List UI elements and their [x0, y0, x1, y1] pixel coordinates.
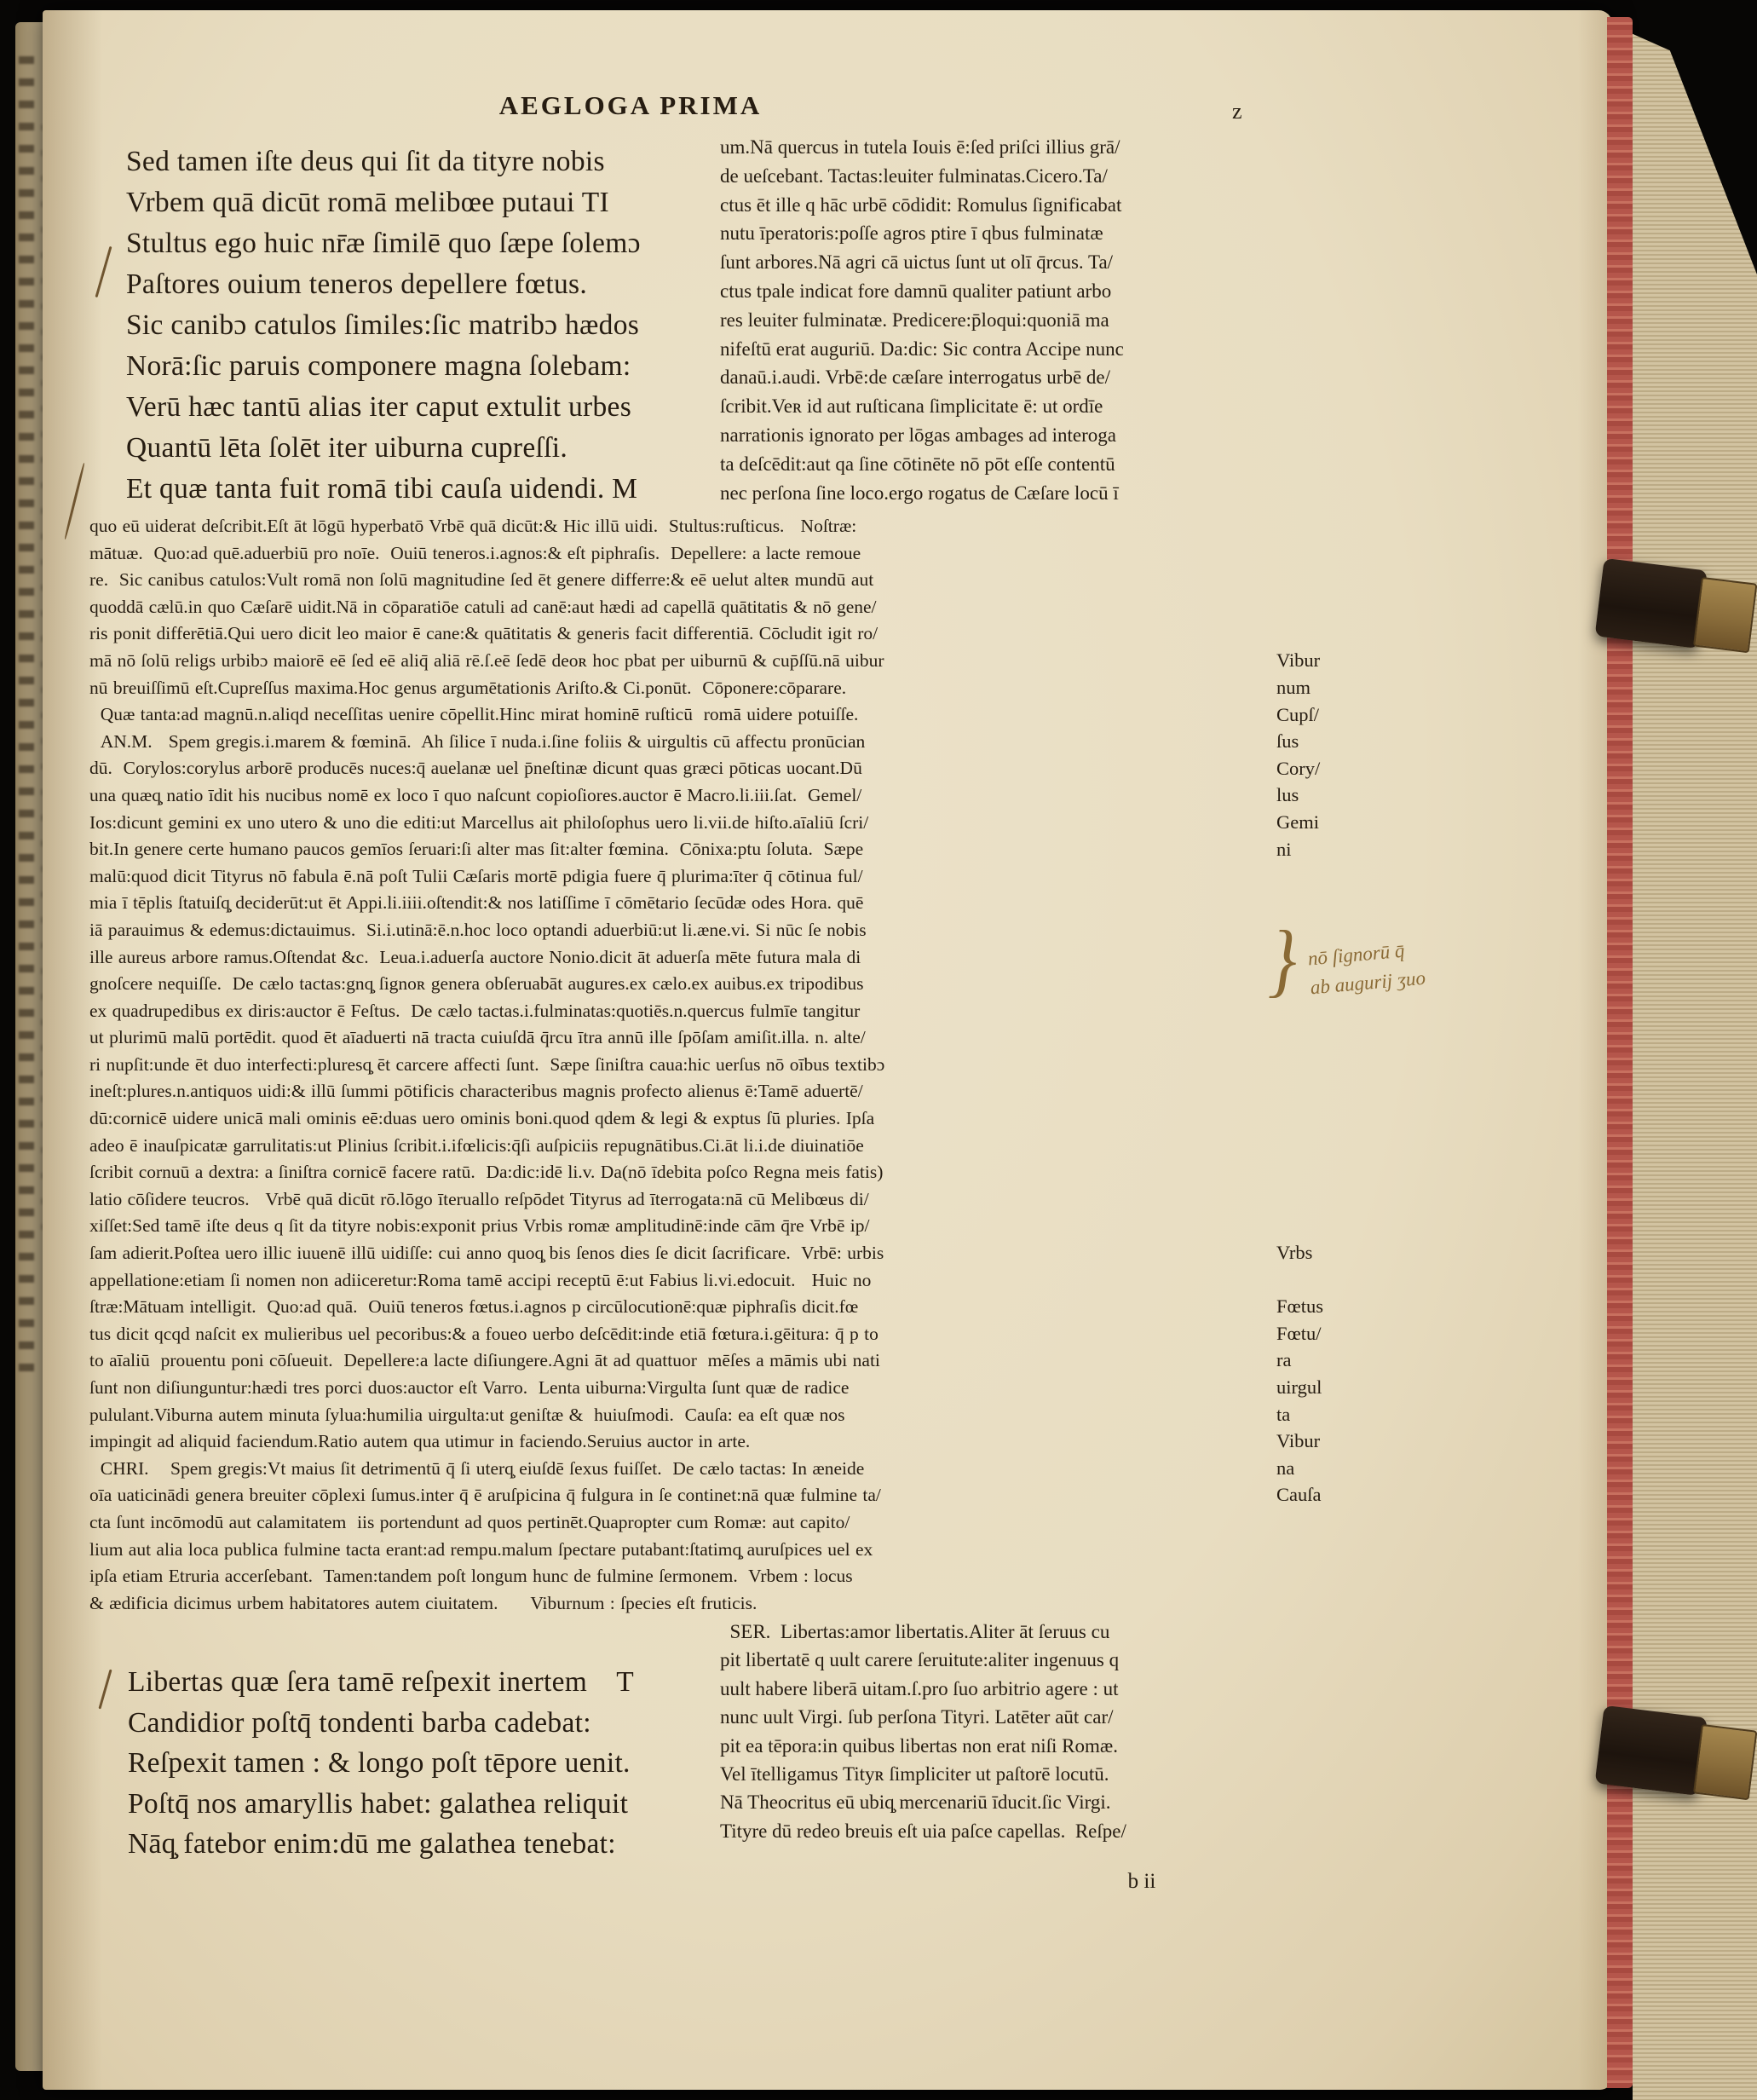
text-line: Stultus ego huic nr̄æ ſimilē quo ſæpe ſo… [126, 223, 748, 264]
text-line: Nāq̧ fatebor enim:dū me galathea tenebat… [128, 1824, 750, 1865]
text-line: Verū hæc tantū alias iter caput extulit … [126, 387, 748, 428]
margin-note: Vibur [1276, 649, 1320, 672]
previous-page-ghost-text [19, 56, 34, 1386]
text-line: quo eū uiderat deſcribit.Eſt āt lōgū hyp… [89, 513, 1274, 540]
poem-text-top: Sed tamen iſte deus qui ſit da tityre no… [126, 141, 748, 510]
margin-note: Vrbs [1276, 1242, 1312, 1264]
text-line: & ædificia dicimus urbem habitatores aut… [89, 1590, 1274, 1618]
text-line: malū:quod dicit Tityrus nō fabula ē.nā p… [89, 863, 1274, 891]
text-line: ta deſcēdit:aut qa ſine cōtinēte nō pōt … [720, 450, 1276, 479]
margin-note: Fœtus [1276, 1295, 1323, 1318]
text-line: ſunt non diſiunguntur:hædi tres porci du… [89, 1375, 1274, 1402]
text-line: de ueſcebant. Tactas:leuiter fulminatas.… [720, 162, 1276, 191]
text-line: ex quadrupedibus ex diris:auctor ē Feſtu… [89, 998, 1274, 1025]
margin-note: Vibur [1276, 1430, 1320, 1452]
text-line: um.Nā quercus in tutela Iouis ē:ſed priſ… [720, 133, 1276, 162]
text-line: impingit ad aliquid faciendum.Ratio aute… [89, 1428, 1274, 1456]
text-line: nū breuiſſimū eſt.Cupreſſus maxima.Hoc g… [89, 675, 1274, 702]
text-line: pit libertatē q uult carere ſeruitute:al… [720, 1646, 1276, 1674]
text-line: re. Sic canibus catulos:Vult romā non ſo… [89, 567, 1274, 594]
text-line: ctus ēt ille q hāc urbē cōdidit: Romulus… [720, 191, 1276, 220]
text-line: Reſpexit tamen : & longo poſt tēpore uen… [128, 1743, 750, 1784]
text-line: SER. Libertas:amor libertatis.Aliter āt … [720, 1618, 1276, 1646]
text-line: Paſtores ouium teneros depellere fœtus. [126, 264, 748, 305]
margin-note: Cupſ/ [1276, 704, 1319, 726]
text-line: tus dicit qcqd naſcit ex mulieribus uel … [89, 1321, 1274, 1348]
text-line: uult habere liberā uitam.ſ.pro ſuo arbit… [720, 1675, 1276, 1703]
text-line: nutu īperatoris:poſſe agros ptire ī qbus… [720, 219, 1276, 248]
text-line: ille aureus arbore ramus.Oſtendat &c. Le… [89, 944, 1274, 972]
text-line: latio cōſidere teucros. Vrbē quā dicūt r… [89, 1186, 1274, 1214]
text-line: AN.M. Spem gregis.i.marem & fœminā. Ah ſ… [89, 729, 1274, 756]
margin-note: Fœtu/ [1276, 1323, 1322, 1345]
text-line: Norā:ſic paruis componere magna ſolebam: [126, 346, 748, 387]
margin-note: lus [1276, 784, 1299, 806]
text-line: Poſtq̄ nos amaryllis habet: galathea rel… [128, 1784, 750, 1825]
margin-note: Gemi [1276, 811, 1319, 834]
text-line: Libertas quæ ſera tamē reſpexit inertem … [128, 1662, 750, 1703]
text-line: Nā Theocritus eū ubiq̧ mercenariū īducit… [720, 1788, 1276, 1816]
text-line: mia ī tēplis ſtatuiſq̧ deciderūt:ut ēt A… [89, 890, 1274, 917]
text-line: Quæ tanta:ad magnū.n.aliqd neceſſitas ue… [89, 701, 1274, 729]
text-line: narrationis ignorato per lōgas ambages a… [720, 421, 1276, 450]
text-line: ipſa etiam Etruria accerſebant. Tamen:ta… [89, 1563, 1274, 1590]
text-line: xiſſet:Sed tamē iſte deus q ſit da tityr… [89, 1213, 1274, 1240]
text-line: danaū.i.audi. Vrbē:de cæſare interrogatu… [720, 363, 1276, 392]
text-line: bit.In genere certe humano paucos gemīos… [89, 836, 1274, 863]
text-line: ſcribit.Veʀ id aut ruſticana ſimplicitat… [720, 392, 1276, 421]
text-line: adeo ē inauſpicatæ garrulitatis:ut Plini… [89, 1133, 1274, 1160]
margin-note: ni [1276, 839, 1292, 861]
text-line: dū. Corylos:corylus arborē producēs nuce… [89, 755, 1274, 782]
text-line: pululant.Viburna autem minuta ſylua:humi… [89, 1402, 1274, 1429]
text-line: ris ponit differētiā.Qui uero dicit leo … [89, 620, 1274, 648]
text-line: ſam adierit.Poſtea uero illic iuuenē ill… [89, 1240, 1274, 1267]
margin-note: ſus [1276, 730, 1299, 753]
text-line: ut plurimū malū portēdit. quod ēt aīadue… [89, 1024, 1274, 1052]
text-line: Vel ītelligamus Tityʀ ſimpliciter ut paſ… [720, 1760, 1276, 1788]
text-line: ri nupſit:unde ēt duo interfecti:pluresq… [89, 1052, 1274, 1079]
text-line: Ios:dicunt gemini ex uno utero & uno die… [89, 810, 1274, 837]
text-line: cta ſunt incōmodū aut calamitatem iis po… [89, 1509, 1274, 1537]
text-line: lium aut alia loca publica fulmine tacta… [89, 1537, 1274, 1564]
text-line: Tityre dū redeo breuis eſt uia paſce cap… [720, 1817, 1276, 1845]
book-clasp-top [1593, 553, 1757, 667]
text-line: oīa uaticinādi genera breuiter cōplexi ſ… [89, 1482, 1274, 1509]
book-clasp-bottom [1593, 1700, 1757, 1814]
margin-note: Cory/ [1276, 758, 1320, 780]
text-line: Sic canibɔ catulos ſimiles:ſic matribɔ h… [126, 305, 748, 346]
margin-note: Cauſa [1276, 1484, 1321, 1506]
text-line: Sed tamen iſte deus qui ſit da tityre no… [126, 141, 748, 182]
text-line: Vrbem quā dicūt romā melibœe putaui TI [126, 182, 748, 223]
text-line: mā nō ſolū religs urbibɔ maiorē eē ſed e… [89, 648, 1274, 675]
poem-text-bottom: Libertas quæ ſera tamē reſpexit inertem … [128, 1662, 750, 1865]
text-line: CHRI. Spem gregis:Vt maius ſit detriment… [89, 1456, 1274, 1483]
clasp-brass-fitting [1693, 1724, 1757, 1800]
text-line: to aīaliū prouentu poni cōſueuit. Depell… [89, 1347, 1274, 1375]
margin-note: na [1276, 1457, 1294, 1480]
text-line: ineſt:plures.n.antiquos uidi:& illū ſumm… [89, 1078, 1274, 1105]
handwritten-brace: } [1268, 913, 1297, 1008]
clasp-leather-strap [1595, 558, 1708, 649]
text-line: appellatione:etiam ſi nomen non adiicere… [89, 1267, 1274, 1295]
commentary-main-block: quo eū uiderat deſcribit.Eſt āt lōgū hyp… [89, 513, 1274, 1617]
margin-note: uirgul [1276, 1376, 1322, 1399]
margin-note: ta [1276, 1404, 1290, 1426]
commentary-column-bottom-right: SER. Libertas:amor libertatis.Aliter āt … [720, 1618, 1276, 1845]
quire-signature: b ii [1082, 1870, 1201, 1894]
page-title: AEGLOGA PRIMA [400, 90, 861, 121]
text-line: nunc uult Virgi. ſub perſona Tityri. Lat… [720, 1703, 1276, 1731]
text-line: res leuiter fulminatæ. Predicere:p̄loqui… [720, 306, 1276, 335]
text-line: una quæq̧ natio īdit his nucibus nomē ex… [89, 782, 1274, 810]
text-line: mātuæ. Quo:ad quē.aduerbiū pro noīe. Oui… [89, 540, 1274, 568]
text-line: Candidior poſtq̄ tondenti barba cadebat: [128, 1703, 750, 1744]
text-line: quoddā cælū.in quo Cæſarē uidit.Nā in cō… [89, 594, 1274, 621]
text-line: dū:cornicē uidere unicā mali ominis eē:d… [89, 1105, 1274, 1133]
text-line: Et quæ tanta fuit romā tibi cauſa uidend… [126, 469, 748, 510]
text-line: iā parauimus & edemus:dictauimus. Si.i.u… [89, 917, 1274, 944]
book-photograph: AEGLOGA PRIMA z Sed tamen iſte deus qui … [0, 0, 1757, 2100]
printed-margin-notes: ViburnumCupſ/ſusCory/lusGeminiVrbsFœtusF… [1276, 0, 1396, 2100]
text-line: ſcribit cornuū a dextra: a ſiniſtra corn… [89, 1159, 1274, 1186]
margin-note: num [1276, 677, 1311, 699]
text-line: ctus tpale indicat fore damnū qualiter p… [720, 277, 1276, 306]
text-line: pit ea tēpora:in quibus libertas non era… [720, 1732, 1276, 1760]
clasp-leather-strap [1595, 1705, 1708, 1796]
margin-note: ra [1276, 1349, 1291, 1371]
text-line: nifeſtū erat auguriū. Da:dic: Sic contra… [720, 335, 1276, 364]
text-line: ſtræ:Mātuam intelligit. Quo:ad quā. Ouiū… [89, 1294, 1274, 1321]
folio-number: z [1232, 99, 1242, 124]
text-line: Quantū lēta ſolēt iter uiburna cupreſſi. [126, 428, 748, 469]
clasp-brass-fitting [1693, 577, 1757, 653]
text-line: ſunt arbores.Nā agri cā uictus ſunt ut o… [720, 248, 1276, 277]
text-line: gnoſcere nequiſſe. De cælo tactas:gnq̧ ſ… [89, 971, 1274, 998]
commentary-column-top-right: um.Nā quercus in tutela Iouis ē:ſed priſ… [720, 133, 1276, 507]
text-line: nec perſona ſine loco.ergo rogatus de Cæ… [720, 479, 1276, 508]
